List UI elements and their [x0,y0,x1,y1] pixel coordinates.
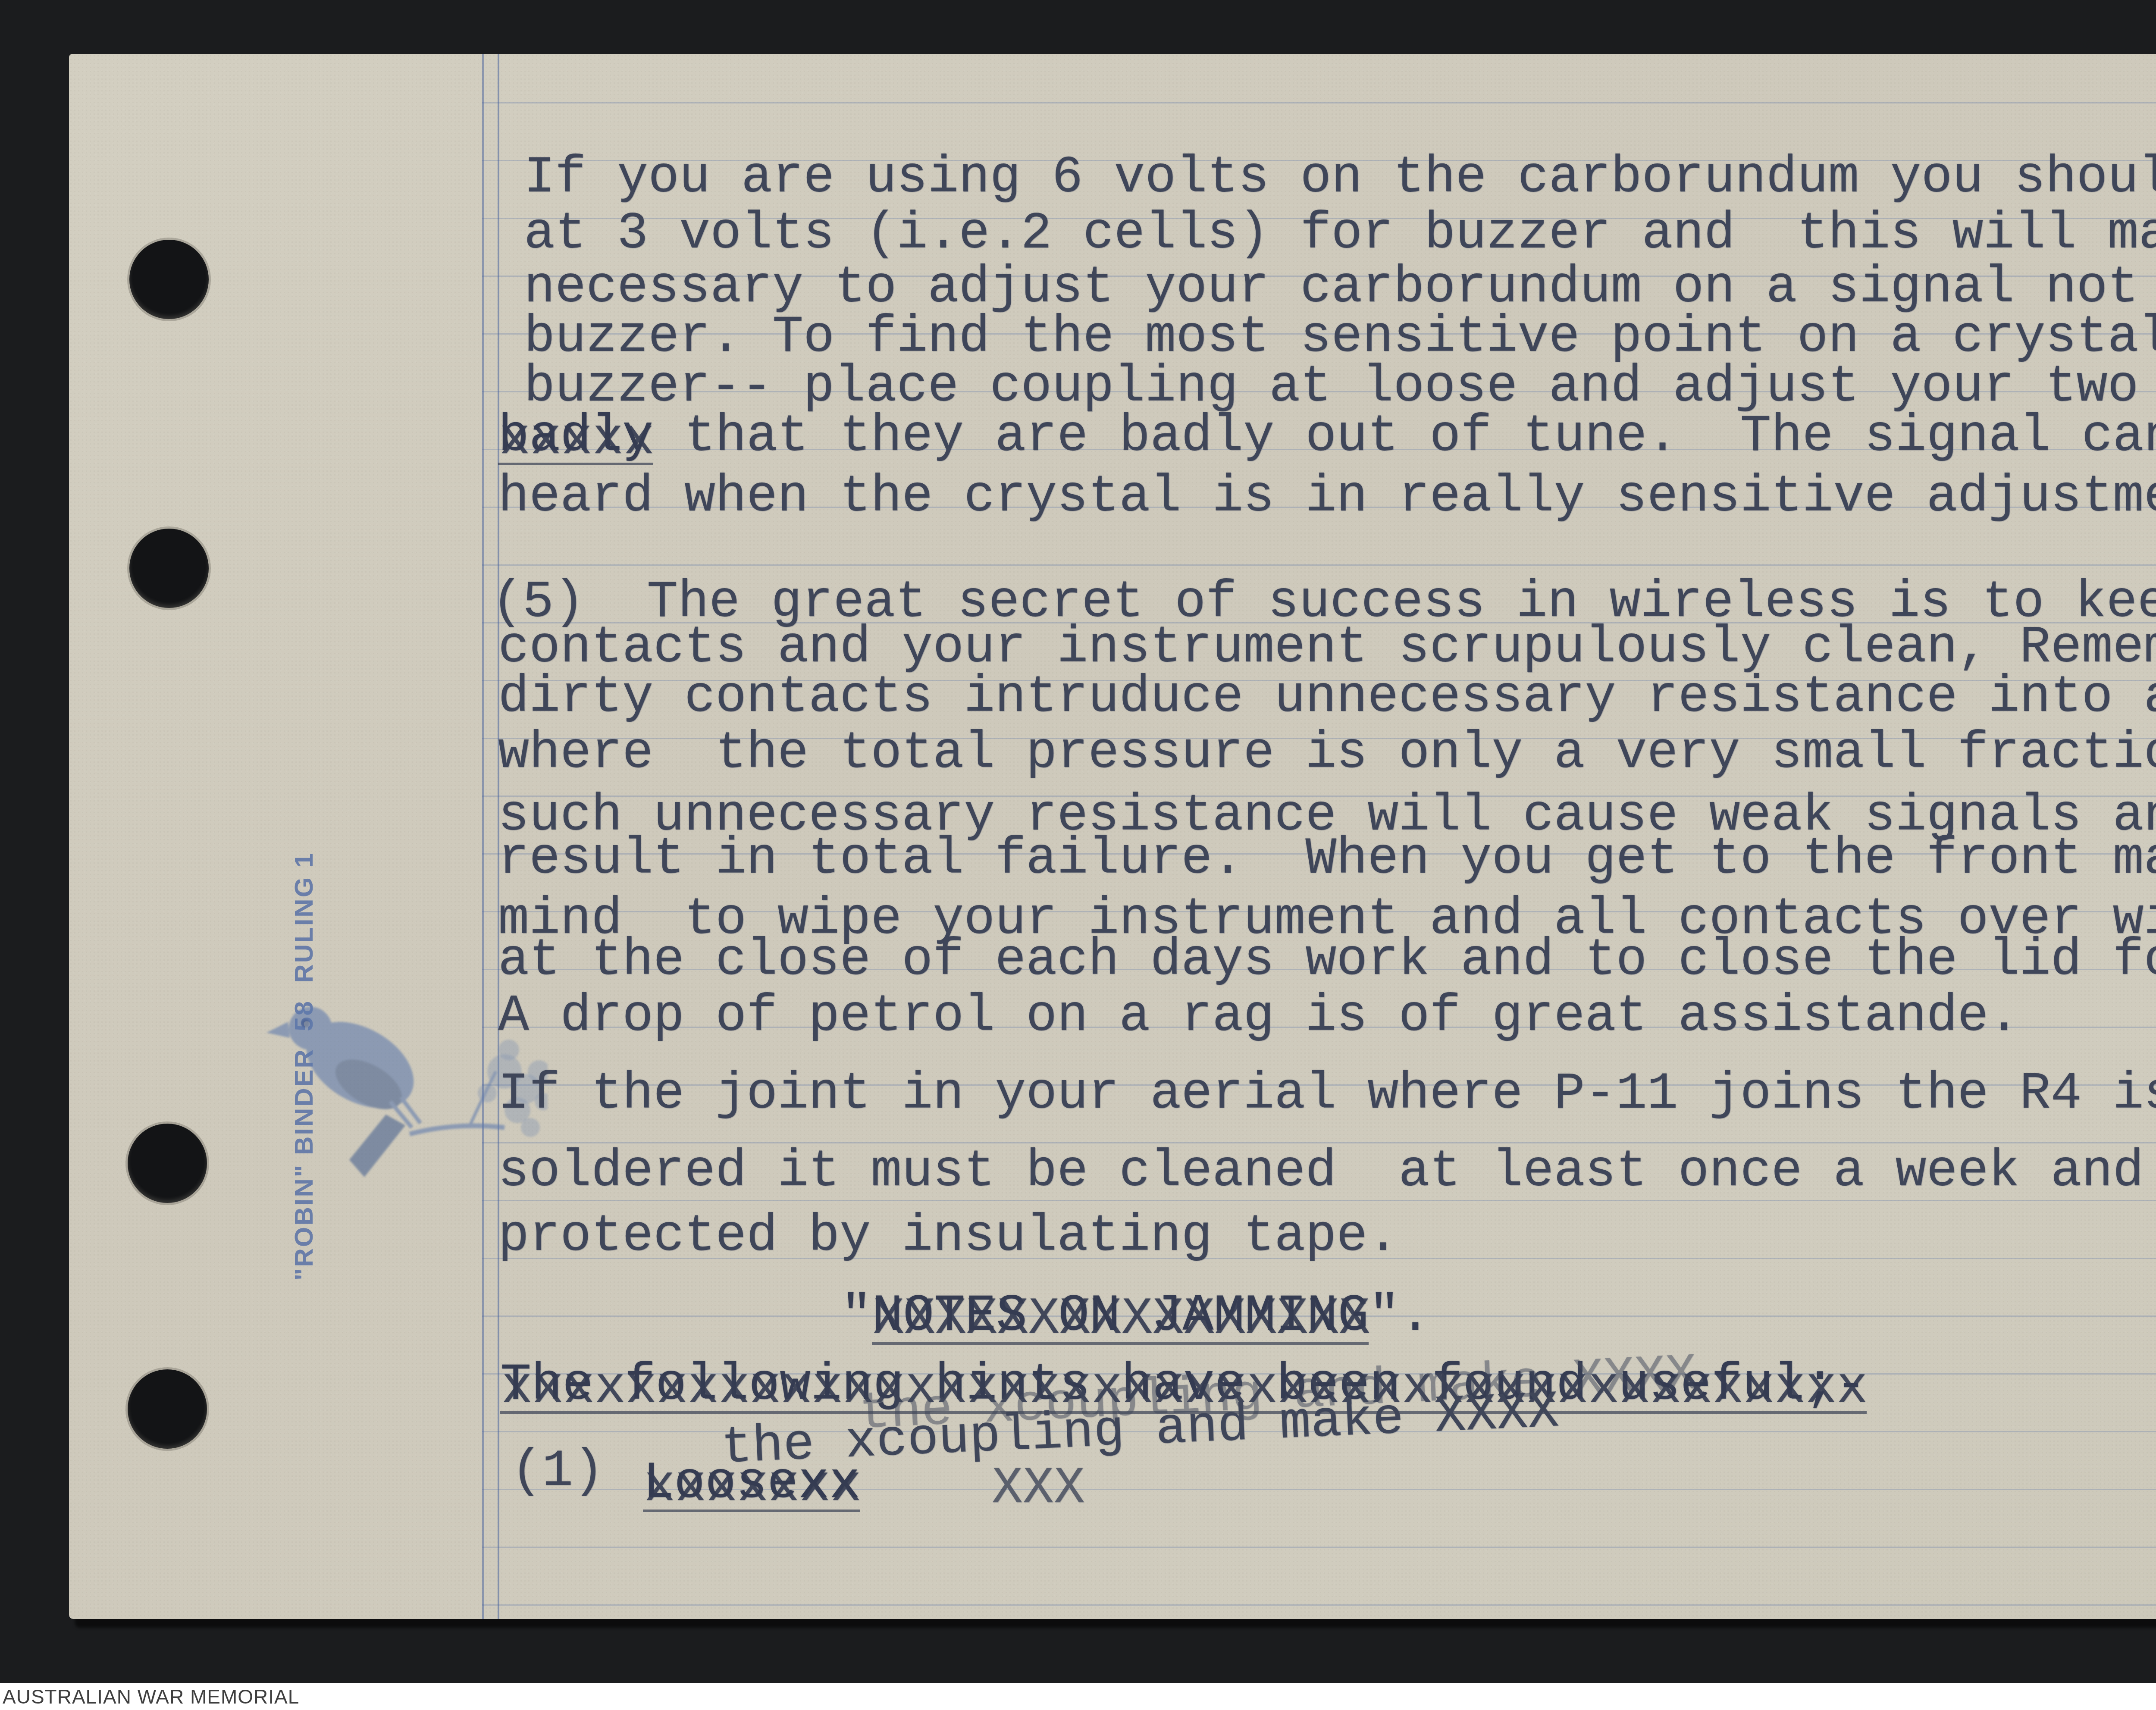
typed-line: where the total pressure is only a very … [498,728,2156,780]
list-item-1: (1)Loosexx [511,1446,860,1500]
item-number: (1) [511,1442,604,1501]
typed-line: protected by insulating tape. [498,1211,1398,1262]
typed-line: contacts and your instrument scrupulousl… [498,622,2156,674]
inserted-fragment: XXX [992,1463,1085,1515]
typed-line: badly that they are badly out of tune. T… [498,411,2156,465]
typed-line: dirty contacts intruduce unnecessary res… [498,672,2156,723]
typed-line: necessary to adjust your carborundum on … [524,262,2156,314]
typed-line: soldered it must be cleaned at least onc… [498,1146,2156,1198]
typed-document-text: If you are using 6 volts on the carborun… [69,54,2156,1619]
struck-heading-text: NOTES ON JAMMING [872,1290,1369,1345]
typed-line: A drop of petrol on a rag is of great as… [498,991,2020,1043]
scanned-document-page: "ROBIN" BINDER 58 RULING 1 [0,0,2156,1710]
quote-close: ". [1369,1287,1431,1346]
paper-sheet: "ROBIN" BINDER 58 RULING 1 [69,54,2156,1619]
typed-line: If the joint in your aerial where P-11 j… [498,1068,2156,1120]
struck-word: badly [498,411,653,465]
typed-line: at the close of each days work and to cl… [498,935,2156,987]
archive-caption-bar: AUSTRALIAN WAR MEMORIAL AWM2019.22.242 [0,1683,2156,1710]
typed-line: at 3 volts (i.e.2 cells) for buzzer and … [524,208,2156,260]
typed-line: result in total failure. When you get to… [498,833,2156,885]
quote-open: " [841,1287,872,1346]
struck-heading: "NOTES ON JAMMING". [841,1290,1431,1345]
typed-line: buzzer. To find the most sensitive point… [524,312,2156,363]
archive-source-label: AUSTRALIAN WAR MEMORIAL [3,1685,299,1708]
typed-line: If you are using 6 volts on the carborun… [524,152,2156,204]
struck-item-text: Loosexx [643,1458,860,1512]
typed-line: heard when the crystal is in really sens… [498,471,2156,523]
typed-line: buzzer-- place coupling at loose and adj… [524,361,2156,413]
typed-line-rest: that they are badly out of tune. The sig… [653,407,2156,466]
